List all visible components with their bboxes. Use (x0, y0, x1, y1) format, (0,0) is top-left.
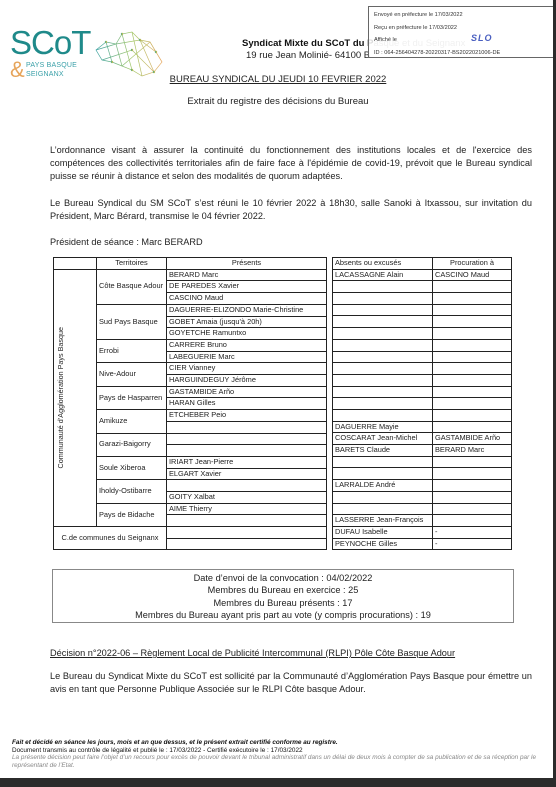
table-row (333, 339, 512, 351)
present-member-cell: BERARD Marc (167, 269, 327, 281)
proxy-cell (433, 398, 512, 410)
proxy-cell: - (433, 538, 512, 550)
presents-table: Territoires Présents Communauté d’Agglom… (53, 257, 327, 550)
territory-cell: Côte Basque Adour (97, 269, 167, 304)
proxy-cell (433, 351, 512, 363)
territory-cell: Pays de Bidache (97, 503, 167, 526)
scot-logo: SCoT & PAYS BASQUE SEIGNANX (10, 28, 90, 58)
absent-member-cell (333, 339, 433, 351)
table-row (333, 328, 512, 340)
slo-logo-icon: SLO (471, 33, 493, 43)
proxy-cell (433, 293, 512, 305)
table-row: LACASSAGNE AlainCASCINO Maud (333, 269, 512, 281)
territory-cell: Soule Xiberoa (97, 456, 167, 479)
present-member-cell: AIME Thierry (167, 503, 327, 515)
footer-appeal: La présente décision peut faire l’objet … (12, 754, 542, 769)
territory-cell: Iholdy-Ostibarre (97, 480, 167, 503)
prefecture-stamp: Envoyé en préfecture le 17/03/2022 Reçu … (368, 6, 555, 58)
absent-member-cell (333, 468, 433, 480)
document-page: SCoT & PAYS BASQUE SEIGNANX (0, 0, 553, 778)
absent-member-cell (333, 386, 433, 398)
header-territoires: Territoires (97, 258, 167, 270)
table-row (333, 398, 512, 410)
present-member-cell: CASCINO Maud (167, 293, 327, 305)
stamp-posted: Affiché le (374, 37, 397, 43)
proxy-cell (433, 281, 512, 293)
stamp-sent: Envoyé en préfecture le 17/03/2022 (374, 12, 463, 18)
absent-member-cell (333, 491, 433, 503)
present-member-cell: GASTAMBIDE Arño (167, 386, 327, 398)
table-row: PEYNOCHE Gilles- (333, 538, 512, 550)
proxy-cell (433, 468, 512, 480)
table-row (333, 363, 512, 375)
present-member-cell: IRIART Jean-Pierre (167, 456, 327, 468)
table-row (333, 491, 512, 503)
members-in-office: Membres du Bureau en exercice : 25 (53, 584, 513, 596)
proxy-cell (433, 421, 512, 433)
proxy-cell (433, 491, 512, 503)
absent-member-cell (333, 304, 433, 316)
table-row (333, 386, 512, 398)
absent-member-cell: BARETS Claude (333, 445, 433, 457)
proxy-cell (433, 339, 512, 351)
present-member-cell: HARGUINDEGUY Jérôme (167, 375, 327, 387)
absent-member-cell (333, 398, 433, 410)
absent-member-cell (333, 328, 433, 340)
decision-title: Décision n°2022-06 – Règlement Local de … (50, 648, 455, 658)
absent-member-cell (333, 351, 433, 363)
proxy-cell (433, 328, 512, 340)
territory-cell: Sud Pays Basque (97, 304, 167, 339)
absent-member-cell: DAGUERRE Mayie (333, 421, 433, 433)
stamp-id: ID : 064-256404278-20220317-BS2022021006… (374, 50, 500, 56)
header-presents: Présents (167, 258, 327, 270)
decision-body: Le Bureau du Syndicat Mixte du SCoT est … (50, 670, 532, 696)
table-row (333, 468, 512, 480)
absent-member-cell (333, 293, 433, 305)
header-procuration: Procuration à (433, 258, 512, 270)
logo-wordmark: SCoT (10, 28, 90, 58)
absent-member-cell (333, 409, 433, 421)
table-row (333, 409, 512, 421)
present-member-cell: CARRERE Bruno (167, 339, 327, 351)
header-blank (54, 258, 97, 270)
present-member-cell (167, 515, 327, 527)
proxy-cell (433, 304, 512, 316)
table-row (333, 281, 512, 293)
presents-table-body: Communauté d’Agglomération Pays BasqueCô… (54, 269, 327, 550)
table-row: LASSERRE Jean-François (333, 515, 512, 527)
absent-member-cell: LASSERRE Jean-François (333, 515, 433, 527)
present-member-cell: DAGUERRE-ELIZONDO Marie-Christine (167, 304, 327, 316)
stamp-received: Reçu en préfecture le 17/03/2022 (374, 25, 457, 31)
table-row: Communauté d’Agglomération Pays BasqueCô… (54, 269, 327, 281)
seignanx-label: C.de communes du Seignanx (54, 527, 167, 550)
territory-map-icon (92, 28, 166, 80)
absents-table: Absents ou excusés Procuration à LACASSA… (332, 257, 512, 550)
table-row (333, 374, 512, 386)
territory-cell: Errobi (97, 339, 167, 362)
absent-member-cell (333, 503, 433, 515)
members-voting: Membres du Bureau ayant pris part au vot… (53, 609, 513, 621)
proxy-cell (433, 363, 512, 375)
header-absents: Absents ou excusés (333, 258, 433, 270)
proxy-cell (433, 386, 512, 398)
proxy-cell (433, 503, 512, 515)
session-president: Président de séance : Marc BERARD (50, 236, 532, 249)
absent-member-cell (333, 363, 433, 375)
proxy-cell: - (433, 526, 512, 538)
proxy-cell (433, 409, 512, 421)
territory-cell: Nive-Adour (97, 363, 167, 386)
present-member-cell: GOYETCHE Ramuntxo (167, 328, 327, 340)
proxy-cell (433, 374, 512, 386)
logo-line-1: PAYS BASQUE (26, 62, 77, 69)
table-row: COSCARAT Jean-MichelGASTAMBIDE Arño (333, 433, 512, 445)
present-member-cell (167, 527, 327, 539)
legal-footer: Fait et décidé en séance les jours, mois… (12, 739, 542, 769)
org-name-text: Syndicat Mixte du SCoT du P (242, 38, 373, 49)
present-member-cell: DE PAREDES Xavier (167, 281, 327, 293)
present-member-cell (167, 538, 327, 550)
absent-member-cell (333, 456, 433, 468)
convocation-date: Date d’envoi de la convocation : 04/02/2… (53, 572, 513, 584)
present-member-cell: GOBET Amaia (jusqu'à 20h) (167, 316, 327, 328)
absent-member-cell (333, 281, 433, 293)
table-row (333, 351, 512, 363)
absent-member-cell: COSCARAT Jean-Michel (333, 433, 433, 445)
attendance-summary: Date d’envoi de la convocation : 04/02/2… (52, 569, 514, 623)
absent-member-cell: DUFAU Isabelle (333, 526, 433, 538)
table-row (333, 316, 512, 328)
absents-table-body: LACASSAGNE AlainCASCINO MaudDAGUERRE May… (333, 269, 512, 550)
present-member-cell: GOITY Xalbat (167, 492, 327, 504)
meeting-paragraph: Le Bureau Syndical du SM SCoT s’est réun… (50, 197, 532, 223)
footer-certified: Fait et décidé en séance les jours, mois… (12, 739, 542, 747)
members-present: Membres du Bureau présents : 17 (53, 597, 513, 609)
table-row (333, 503, 512, 515)
proxy-cell (433, 480, 512, 492)
present-member-cell (167, 445, 327, 457)
present-member-cell: ETCHEBER Peio (167, 410, 327, 422)
table-row: DUFAU Isabelle- (333, 526, 512, 538)
present-member-cell (167, 421, 327, 433)
table-row: BARETS ClaudeBERARD Marc (333, 445, 512, 457)
absent-member-cell: LARRALDE André (333, 480, 433, 492)
footer-transmitted: Document transmis au contrôle de légalit… (12, 747, 542, 755)
present-member-cell (167, 480, 327, 492)
present-member-cell: HARAN Gilles (167, 398, 327, 410)
proxy-cell (433, 316, 512, 328)
proxy-cell: BERARD Marc (433, 445, 512, 457)
present-member-cell: CIER Vianney (167, 363, 327, 375)
table-header-row: Absents ou excusés Procuration à (333, 258, 512, 270)
group-label-cell: Communauté d’Agglomération Pays Basque (54, 269, 97, 526)
absent-member-cell (333, 374, 433, 386)
proxy-cell (433, 515, 512, 527)
table-row (333, 304, 512, 316)
proxy-cell: CASCINO Maud (433, 269, 512, 281)
proxy-cell (433, 456, 512, 468)
table-row (333, 293, 512, 305)
organization-address: 19 rue Jean Molinié- 64100 B (246, 50, 370, 61)
territory-cell: Garazi-Baigorry (97, 433, 167, 456)
meeting-subtitle: Extrait du registre des décisions du Bur… (0, 96, 556, 107)
present-member-cell (167, 433, 327, 445)
intro-paragraph: L’ordonnance visant à assurer la continu… (50, 144, 532, 183)
present-member-cell: LABEGUERIE Marc (167, 351, 327, 363)
viewer-bottom-bar (0, 778, 556, 787)
table-row: LARRALDE André (333, 480, 512, 492)
present-member-cell: ELGART Xavier (167, 468, 327, 480)
meeting-title: BUREAU SYNDICAL DU JEUDI 10 FEVRIER 2022 (0, 74, 556, 85)
table-row (333, 456, 512, 468)
territory-cell: Amikuze (97, 410, 167, 433)
table-row: DAGUERRE Mayie (333, 421, 512, 433)
territory-cell: Pays de Hasparren (97, 386, 167, 409)
table-row: C.de communes du Seignanx (54, 527, 327, 539)
table-header-row: Territoires Présents (54, 258, 327, 270)
group-label: Communauté d’Agglomération Pays Basque (56, 327, 67, 468)
proxy-cell: GASTAMBIDE Arño (433, 433, 512, 445)
absent-member-cell: PEYNOCHE Gilles (333, 538, 433, 550)
absent-member-cell (333, 316, 433, 328)
absent-member-cell: LACASSAGNE Alain (333, 269, 433, 281)
